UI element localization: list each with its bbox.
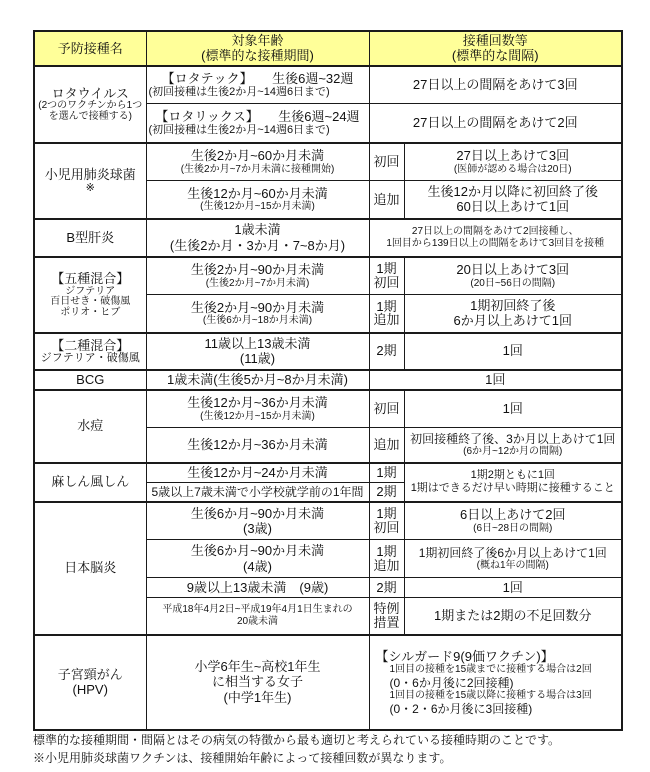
hpv-doses-title: 【シルガード9(9価ワクチン)】 — [376, 649, 620, 664]
je-3-age: 9歳以上13歳未満 (9歳) — [149, 580, 367, 595]
varicella-name: 水痘 — [37, 418, 144, 433]
pneumo-1-label: 初回 — [372, 154, 402, 169]
varicella-2-label: 追加 — [372, 437, 402, 452]
je-4-doses: 1期または2期の不足回数分 — [407, 608, 620, 623]
cell-je-name: 日本脳炎 — [34, 502, 146, 635]
hpv-doses-line1: 1回目の接種を15歳までに接種する場合は2回 — [376, 664, 620, 676]
penta-2-age: 生後2か月~90か月未満 — [149, 300, 367, 315]
cell-mr-doses: 1期2期ともに1回 1期はできるだけ早い時期に接種すること — [404, 463, 622, 502]
pneumo-2-doses-line1: 生後12か月以降に初回終了後 — [407, 184, 620, 199]
varicella-2-doses: 初回接種終了後、3か月以上あけて1回 — [407, 432, 620, 446]
cell-hpv-name: 子宮頸がん (HPV) — [34, 635, 146, 730]
cell-duo-doses: 1回 — [404, 333, 622, 370]
cell-rota-1-age: 【ロタテック】 生後6週~32週 (初回接種は生後2か月~14週6日まで) — [146, 66, 369, 104]
cell-je-2-label: 1期 追加 — [369, 540, 404, 578]
hepb-doses-line1: 27日以上の間隔をあけて2回接種し、 — [372, 226, 620, 238]
footnote-pneumococcal: ※小児用肺炎球菌ワクチンは、接種開始年齢によって接種回数が異なります。 — [33, 749, 451, 766]
header-dose-count: 接種回数等 (標準的な間隔) — [369, 31, 622, 66]
je-2-label-line2: 追加 — [372, 559, 402, 573]
pneumo-1-age-sub: (生後2か月~7か月未満に接種開始) — [149, 164, 367, 176]
penta-1-age-sub: (生後2か月~7か月未満) — [149, 278, 367, 290]
duo-doses: 1回 — [407, 343, 620, 358]
je-1-age-line2: (3歳) — [149, 521, 367, 536]
header-doses-line2: (標準的な間隔) — [372, 48, 620, 63]
cell-pneumo-name: 小児用肺炎球菌 ※ — [34, 143, 146, 219]
rota-2-age-sub: (初回接種は生後2か月~14週6日まで) — [149, 124, 367, 137]
penta-1-doses: 20日以上あけて3回 — [407, 262, 620, 277]
cell-varicella-1-label: 初回 — [369, 390, 404, 428]
je-1-doses-sub: (6日~28日の間隔) — [407, 523, 620, 535]
cell-rota-2-doses: 27日以上の間隔をあけて2回 — [369, 104, 622, 143]
hepb-age-line2: (生後2か月・3か月・7~8か月) — [149, 238, 367, 253]
cell-hpv-doses: 【シルガード9(9価ワクチン)】 1回目の接種を15歳までに接種する場合は2回 … — [369, 635, 622, 730]
pneumo-1-age: 生後2か月~60か月未満 — [149, 148, 367, 163]
cell-hepb-doses: 27日以上の間隔をあけて2回接種し、 1回目から139日以上の間隔をあけて3回目… — [369, 219, 622, 257]
je-1-label-line1: 1期 — [372, 507, 402, 521]
je-1-label-line2: 初回 — [372, 521, 402, 535]
mr-doses-line2: 1期はできるだけ早い時期に接種すること — [407, 482, 620, 495]
cell-rota-name: ロタウイルス (2つのワクチンから1つ を選んで接種する) — [34, 66, 146, 143]
je-1-age: 生後6か月~90か月未満 — [149, 506, 367, 521]
je-name: 日本脳炎 — [37, 560, 144, 575]
pneumo-2-age: 生後12か月~60か月未満 — [149, 186, 367, 201]
header-doses-line1: 接種回数等 — [372, 33, 620, 48]
cell-penta-2-doses: 1期初回終了後 6か月以上あけて1回 — [404, 295, 622, 333]
row-penta-1: 【五種混合】 ジフテリア 百日せき・破傷風 ポリオ・ヒブ 生後2か月~90か月未… — [34, 257, 622, 295]
cell-mr-2-age: 5歳以上7歳未満で小学校就学前の1年間 — [146, 483, 369, 502]
varicella-1-doses: 1回 — [407, 401, 620, 416]
duo-sub: ジフテリア・破傷風 — [37, 353, 144, 365]
cell-je-3-doses: 1回 — [404, 578, 622, 598]
je-2-age-line2: (4歳) — [149, 559, 367, 574]
cell-hepb-name: B型肝炎 — [34, 219, 146, 257]
row-bcg: BCG 1歳未満(生後5か月~8か月未満) 1回 — [34, 370, 622, 390]
cell-varicella-2-age: 生後12か月~36か月未満 — [146, 428, 369, 463]
duo-name: 【二種混合】 — [37, 338, 144, 353]
cell-je-2-age: 生後6か月~90か月未満 (4歳) — [146, 540, 369, 578]
cell-mr-1-age: 生後12か月~24か月未満 — [146, 463, 369, 483]
cell-je-1-age: 生後6か月~90か月未満 (3歳) — [146, 502, 369, 540]
cell-pneumo-1-doses: 27日以上あけて3回 (医師が認める場合は20日) — [404, 143, 622, 181]
penta-1-doses-sub: (20日~56日の間隔) — [407, 278, 620, 290]
mr-1-label: 1期 — [372, 465, 402, 480]
cell-varicella-name: 水痘 — [34, 390, 146, 463]
cell-duo-age: 11歳以上13歳未満 (11歳) — [146, 333, 369, 370]
hepb-doses-line2: 1回目から139日以上の間隔をあけて3回目を接種 — [372, 238, 620, 250]
pneumo-1-doses-sub: (医師が認める場合は20日) — [407, 164, 620, 176]
cell-pneumo-2-doses: 生後12か月以降に初回終了後 60日以上あけて1回 — [404, 181, 622, 219]
penta-1-age: 生後2か月~90か月未満 — [149, 262, 367, 277]
cell-varicella-1-doses: 1回 — [404, 390, 622, 428]
hpv-doses-line3: 1回目の接種を15歳以降に接種する場合は3回 — [376, 690, 620, 702]
mr-2-age: 5歳以上7歳未満で小学校就学前の1年間 — [149, 485, 367, 499]
cell-rota-2-age: 【ロタリックス】 生後6週~24週 (初回接種は生後2か月~14週6日まで) — [146, 104, 369, 143]
penta-2-age-sub: (生後6か月~18か月未満) — [149, 315, 367, 327]
cell-hpv-age: 小学6年生~高校1年生 に相当する女子 (中学1年生) — [146, 635, 369, 730]
penta-sub3: ポリオ・ヒブ — [37, 308, 144, 319]
je-4-label-line1: 特例 — [372, 602, 402, 616]
cell-penta-1-label: 1期 初回 — [369, 257, 404, 295]
hpv-age-line3: (中学1年生) — [149, 690, 367, 705]
cell-je-4-age: 平成18年4月2日~平成19年4月1日生まれの 20歳未満 — [146, 598, 369, 635]
pneumo-name: 小児用肺炎球菌 — [37, 167, 144, 182]
cell-je-2-doses: 1期初回終了後6か月以上あけて1回 (概ね1年の間隔) — [404, 540, 622, 578]
pneumo-2-age-sub: (生後12か月~15か月未満) — [149, 201, 367, 213]
cell-je-4-label: 特例 措置 — [369, 598, 404, 635]
cell-penta-name: 【五種混合】 ジフテリア 百日せき・破傷風 ポリオ・ヒブ — [34, 257, 146, 333]
hpv-age-line1: 小学6年生~高校1年生 — [149, 659, 367, 674]
hepb-name: B型肝炎 — [37, 230, 144, 245]
hpv-age-line2: に相当する女子 — [149, 674, 367, 689]
vaccination-table: 予防接種名 対象年齢 (標準的な接種期間) 接種回数等 (標準的な間隔) ロタウ… — [33, 30, 623, 731]
mr-name: 麻しん風しん — [37, 474, 144, 489]
rota-1-age-sub: (初回接種は生後2か月~14週6日まで) — [149, 86, 367, 99]
je-2-label-line1: 1期 — [372, 545, 402, 559]
hepb-age-line1: 1歳未満 — [149, 222, 367, 237]
header-age-line2: (標準的な接種期間) — [149, 48, 367, 63]
hpv-doses-line4: (0・2・6か月後に3回接種) — [376, 702, 620, 716]
header-vaccine-label: 予防接種名 — [37, 41, 144, 56]
rota-2-age: 【ロタリックス】 生後6週~24週 — [149, 109, 367, 124]
je-2-age: 生後6か月~90か月未満 — [149, 543, 367, 558]
cell-mr-1-label: 1期 — [369, 463, 404, 483]
cell-rota-1-doses: 27日以上の間隔をあけて3回 — [369, 66, 622, 104]
penta-2-label-line2: 追加 — [372, 313, 402, 327]
table-header-row: 予防接種名 対象年齢 (標準的な接種期間) 接種回数等 (標準的な間隔) — [34, 31, 622, 66]
cell-pneumo-1-age: 生後2か月~60か月未満 (生後2か月~7か月未満に接種開始) — [146, 143, 369, 181]
row-varicella-1: 水痘 生後12か月~36か月未満 (生後12か月~15か月未満) 初回 1回 — [34, 390, 622, 428]
cell-bcg-age: 1歳未満(生後5か月~8か月未満) — [146, 370, 369, 390]
je-2-doses-sub: (概ね1年の間隔) — [407, 560, 620, 572]
cell-varicella-2-doses: 初回接種終了後、3か月以上あけて1回 (6か月~12か月の間隔) — [404, 428, 622, 463]
bcg-doses: 1回 — [372, 372, 620, 387]
varicella-1-label: 初回 — [372, 401, 402, 416]
rota-2-doses: 27日以上の間隔をあけて2回 — [372, 115, 620, 130]
cell-je-3-label: 2期 — [369, 578, 404, 598]
row-je-1: 日本脳炎 生後6か月~90か月未満 (3歳) 1期 初回 6日以上あけて2回 (… — [34, 502, 622, 540]
je-4-label-line2: 措置 — [372, 616, 402, 630]
cell-varicella-1-age: 生後12か月~36か月未満 (生後12か月~15か月未満) — [146, 390, 369, 428]
cell-penta-1-doses: 20日以上あけて3回 (20日~56日の間隔) — [404, 257, 622, 295]
varicella-2-doses-sub: (6か月~12か月の間隔) — [407, 446, 620, 458]
cell-je-1-label: 1期 初回 — [369, 502, 404, 540]
mr-2-label: 2期 — [372, 484, 402, 499]
row-hpv: 子宮頸がん (HPV) 小学6年生~高校1年生 に相当する女子 (中学1年生) … — [34, 635, 622, 730]
pneumo-2-label: 追加 — [372, 192, 402, 207]
je-4-age-line1: 平成18年4月2日~平成19年4月1日生まれの — [149, 604, 367, 616]
rota-note-line2: を選んで接種する) — [37, 112, 144, 123]
varicella-2-age: 生後12か月~36か月未満 — [149, 437, 367, 452]
je-3-doses: 1回 — [407, 580, 620, 595]
mr-1-age: 生後12か月~24か月未満 — [149, 465, 367, 480]
cell-bcg-name: BCG — [34, 370, 146, 390]
cell-penta-1-age: 生後2か月~90か月未満 (生後2か月~7か月未満) — [146, 257, 369, 295]
footnote-standard-period: 標準的な接種期間・間隔とはその病気の特徴から最も適切と考えられている接種時期のこ… — [33, 731, 560, 748]
penta-2-label-line1: 1期 — [372, 300, 402, 314]
duo-age-line1: 11歳以上13歳未満 — [149, 336, 367, 351]
penta-sub2: 百日せき・破傷風 — [37, 297, 144, 308]
header-age-line1: 対象年齢 — [149, 33, 367, 48]
header-vaccine-name: 予防接種名 — [34, 31, 146, 66]
mr-doses-line1: 1期2期ともに1回 — [407, 469, 620, 482]
vaccination-schedule-page: 予防接種名 対象年齢 (標準的な接種期間) 接種回数等 (標準的な間隔) ロタウ… — [0, 0, 650, 772]
cell-pneumo-1-label: 初回 — [369, 143, 404, 181]
cell-je-4-doses: 1期または2期の不足回数分 — [404, 598, 622, 635]
row-rota-1: ロタウイルス (2つのワクチンから1つ を選んで接種する) 【ロタテック】 生後… — [34, 66, 622, 104]
je-1-doses: 6日以上あけて2回 — [407, 507, 620, 522]
hpv-name-line2: (HPV) — [37, 682, 144, 697]
cell-je-1-doses: 6日以上あけて2回 (6日~28日の間隔) — [404, 502, 622, 540]
penta-1-label-line2: 初回 — [372, 276, 402, 290]
pneumo-asterisk: ※ — [37, 182, 144, 195]
row-duo: 【二種混合】 ジフテリア・破傷風 11歳以上13歳未満 (11歳) 2期 1回 — [34, 333, 622, 370]
je-4-age-line2: 20歳未満 — [149, 616, 367, 628]
varicella-1-age: 生後12か月~36か月未満 — [149, 395, 367, 410]
cell-varicella-2-label: 追加 — [369, 428, 404, 463]
pneumo-2-doses-line2: 60日以上あけて1回 — [407, 199, 620, 214]
cell-bcg-doses: 1回 — [369, 370, 622, 390]
rota-name: ロタウイルス — [37, 86, 144, 101]
cell-mr-2-label: 2期 — [369, 483, 404, 502]
rota-1-doses: 27日以上の間隔をあけて3回 — [372, 77, 620, 92]
hpv-name-line1: 子宮頸がん — [37, 667, 144, 682]
cell-duo-name: 【二種混合】 ジフテリア・破傷風 — [34, 333, 146, 370]
cell-pneumo-2-label: 追加 — [369, 181, 404, 219]
row-hepb: B型肝炎 1歳未満 (生後2か月・3か月・7~8か月) 27日以上の間隔をあけて… — [34, 219, 622, 257]
je-2-doses: 1期初回終了後6か月以上あけて1回 — [407, 546, 620, 560]
bcg-name: BCG — [37, 372, 144, 387]
duo-label: 2期 — [372, 343, 402, 358]
row-pneumo-1: 小児用肺炎球菌 ※ 生後2か月~60か月未満 (生後2か月~7か月未満に接種開始… — [34, 143, 622, 181]
pneumo-1-doses: 27日以上あけて3回 — [407, 148, 620, 163]
cell-penta-2-label: 1期 追加 — [369, 295, 404, 333]
varicella-1-age-sub: (生後12か月~15か月未満) — [149, 411, 367, 423]
je-3-label: 2期 — [372, 580, 402, 595]
penta-2-doses-line1: 1期初回終了後 — [407, 298, 620, 313]
header-target-age: 対象年齢 (標準的な接種期間) — [146, 31, 369, 66]
bcg-age: 1歳未満(生後5か月~8か月未満) — [149, 372, 367, 387]
hpv-doses-line2: (0・6か月後に2回接種) — [376, 676, 620, 690]
cell-mr-name: 麻しん風しん — [34, 463, 146, 502]
cell-penta-2-age: 生後2か月~90か月未満 (生後6か月~18か月未満) — [146, 295, 369, 333]
penta-name: 【五種混合】 — [37, 271, 144, 286]
penta-1-label-line1: 1期 — [372, 262, 402, 276]
penta-2-doses-line2: 6か月以上あけて1回 — [407, 313, 620, 328]
cell-pneumo-2-age: 生後12か月~60か月未満 (生後12か月~15か月未満) — [146, 181, 369, 219]
duo-age-line2: (11歳) — [149, 351, 367, 366]
cell-je-3-age: 9歳以上13歳未満 (9歳) — [146, 578, 369, 598]
row-mr-1: 麻しん風しん 生後12か月~24か月未満 1期 1期2期ともに1回 1期はできる… — [34, 463, 622, 483]
rota-1-age: 【ロタテック】 生後6週~32週 — [149, 71, 367, 86]
cell-duo-label: 2期 — [369, 333, 404, 370]
cell-hepb-age: 1歳未満 (生後2か月・3か月・7~8か月) — [146, 219, 369, 257]
